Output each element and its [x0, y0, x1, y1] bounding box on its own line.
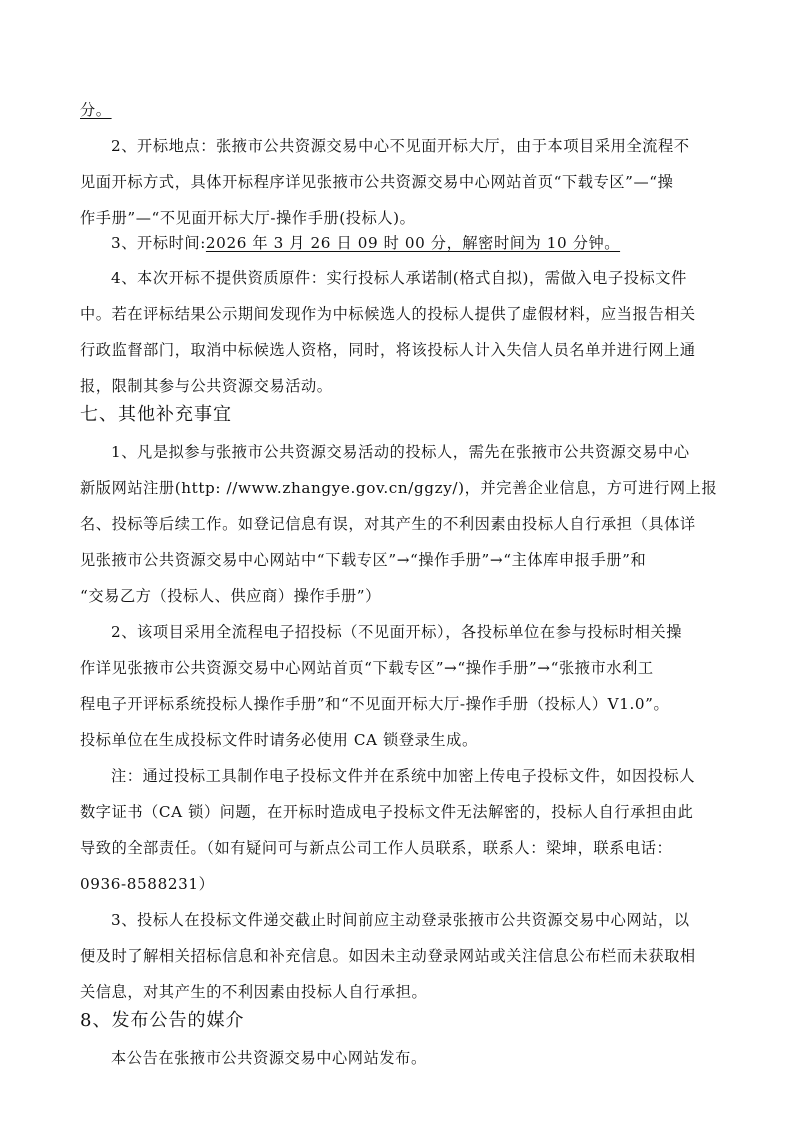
text-line: 名、投标等后续工作。如登记信息有误，对其产生的不利因素由投标人自行承担（具体详	[80, 514, 696, 534]
text-line: 1、凡是拟参与张掖市公共资源交易活动的投标人，需先在张掖市公共资源交易中心	[111, 442, 690, 462]
text-line: 投标单位在生成投标文件时请务必使用 CA 锁登录生成。	[80, 730, 478, 750]
text-line: 注：通过投标工具制作电子投标文件并在系统中加密上传电子投标文件，如因投标人	[111, 766, 695, 786]
text-line: 作详见张掖市公共资源交易中心网站首页“下载专区”→“操作手册”→“张掖市水利工	[80, 658, 654, 678]
text-line: 中。若在评标结果公示期间发现作为中标候选人的投标人提供了虚假材料，应当报告相关	[80, 304, 696, 324]
text-line: 程电子开评标系统投标人操作手册”和“不见面开标大厅-操作手册（投标人）V1.0”…	[80, 694, 669, 714]
text-line: 2、该项目采用全流程电子招投标（不见面开标），各投标单位在参与投标时相关操	[111, 622, 682, 642]
text-line: 作手册”—“不见面开标大厅-操作手册(投标人)。	[80, 208, 415, 228]
text-line: 导致的全部责任。（如有疑问可与新点公司工作人员联系，联系人：梁坤，联系电话：	[80, 838, 672, 858]
text-line: 3、投标人在投标文件递交截止时间前应主动登录张掖市公共资源交易中心网站，以	[111, 910, 690, 930]
text-line: 数字证书（CA 锁）问题，在开标时造成电子投标文件无法解密的，投标人自行承担由此	[80, 802, 693, 822]
text-line: “交易乙方（投标人、供应商）操作手册”）	[80, 586, 381, 606]
section-heading: 七、其他补充事宜	[80, 405, 232, 425]
opening-time-label: 3、开标时间:	[111, 234, 206, 252]
text-line: 新版网站注册(http: //www.zhangye.gov.cn/ggzy/)…	[80, 478, 717, 498]
text-line: 见张掖市公共资源交易中心网站中“下载专区”→“操作手册”→“主体库申报手册”和	[80, 550, 646, 570]
text-line: 行政监督部门，取消中标候选人资格，同时，将该投标人计入失信人员名单并进行网上通	[80, 340, 696, 360]
text-line: 分。	[80, 100, 112, 120]
text-line: 便及时了解相关招标信息和补充信息。如因未主动登录网站或关注信息公布栏而未获取相	[80, 946, 696, 966]
text-line: 报，限制其参与公共资源交易活动。	[80, 376, 333, 396]
text-line: 0936-8588231）	[80, 874, 214, 894]
text-line-opening-time: 3、开标时间:2026 年 3 月 26 日 09 时 00 分，解密时间为 1…	[111, 233, 620, 253]
text-line: 见面开标方式，具体开标程序详见张掖市公共资源交易中心网站首页“下载专区”—“操	[80, 172, 673, 192]
text-line: 4、本次开标不提供资质原件：实行投标人承诺制(格式自拟)，需做入电子投标文件	[111, 268, 687, 288]
section-heading: 8、发布公告的媒介	[80, 1011, 244, 1031]
text-line: 关信息，对其产生的不利因素由投标人自行承担。	[80, 982, 427, 1002]
text-line: 2、开标地点：张掖市公共资源交易中心不见面开标大厅，由于本项目采用全流程不	[111, 136, 690, 156]
text-line: 本公告在张掖市公共资源交易中心网站发布。	[111, 1048, 427, 1068]
opening-time-value: 2026 年 3 月 26 日 09 时 00 分，解密时间为 10 分钟。	[206, 234, 620, 252]
